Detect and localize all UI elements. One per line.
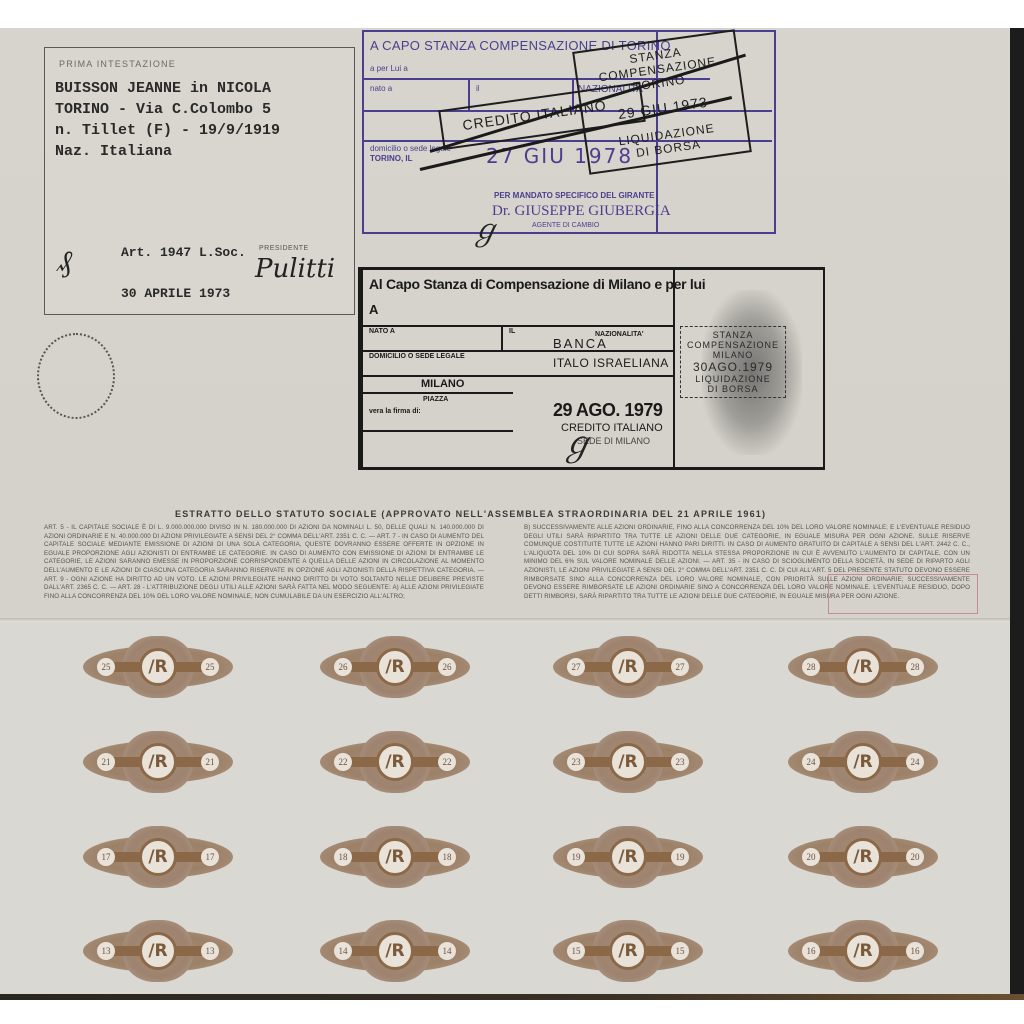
bank-line-2: ITALO ISRAELIANA <box>553 356 669 370</box>
coupon-number: 23 <box>671 753 689 771</box>
coupon-number: 17 <box>201 848 219 866</box>
torino-il-label: TORINO, IL <box>370 154 413 163</box>
coupon-number: 28 <box>906 658 924 676</box>
il-label: il <box>476 84 480 93</box>
coupon-25: 2525/R <box>83 636 233 698</box>
coupon-number: 15 <box>567 942 585 960</box>
agent-signature-icon: ℊ <box>470 205 500 249</box>
milano-clearing-title: STANZA COMPENSAZIONE <box>681 330 785 350</box>
r-emblem-icon: /R <box>844 838 882 876</box>
coupon-16: 1616/R <box>788 920 938 982</box>
bank-signature-icon: ℊ <box>560 416 594 465</box>
coupon-number: 27 <box>671 658 689 676</box>
r-emblem-icon: /R <box>139 932 177 970</box>
firma-label: vera la firma di: <box>369 408 421 415</box>
r-emblem-icon: /R <box>376 932 414 970</box>
nato-label: NATO A <box>369 328 395 335</box>
coupon-22: 2222/R <box>320 731 470 793</box>
torino-clearing-stamp: STANZA COMPENSAZIONE TORINO 29 GIU 1973 … <box>572 29 752 175</box>
mandate-label: PER MANDATO SPECIFICO DEL GIRANTE <box>494 191 654 200</box>
coupon-20: 2020/R <box>788 826 938 888</box>
coupon-number: 19 <box>567 848 585 866</box>
coupon-number: 26 <box>438 658 456 676</box>
statute-title: ESTRATTO DELLO STATUTO SOCIALE (APPROVAT… <box>175 509 766 519</box>
president-signature: Pulitti <box>255 254 335 284</box>
r-emblem-icon: /R <box>376 838 414 876</box>
coupon-number: 23 <box>567 753 585 771</box>
a-label: A <box>369 302 378 317</box>
r-emblem-icon: /R <box>609 743 647 781</box>
agent-name: Dr. GIUSEPPE GIUBERGIA <box>492 203 671 220</box>
domicilio-label: DOMICILIO O SEDE LEGALE <box>369 353 465 360</box>
coupon-18: 1818/R <box>320 826 470 888</box>
coupon-number: 13 <box>97 942 115 960</box>
coupon-number: 21 <box>97 753 115 771</box>
holder-address: TORINO - Via C.Colombo 5 <box>55 99 280 120</box>
initials-signature-icon: ₰ <box>57 244 72 279</box>
milano-form-header: Al Capo Stanza di Compensazione di Milan… <box>369 276 705 292</box>
milano-clearing-footer: LIQUIDAZIONE <box>681 374 785 384</box>
divider <box>501 325 503 351</box>
r-emblem-icon: /R <box>139 648 177 686</box>
divider <box>363 430 513 432</box>
divider <box>363 325 673 327</box>
bank-line-1: BANCA <box>553 336 608 351</box>
divider <box>363 392 513 394</box>
coupon-number: 18 <box>438 848 456 866</box>
agent-title: AGENTE DI CAMBIO <box>532 222 599 229</box>
coupon-13: 1313/R <box>83 920 233 982</box>
city-label: MILANO <box>421 378 464 390</box>
r-emblem-icon: /R <box>844 648 882 686</box>
coupon-21: 2121/R <box>83 731 233 793</box>
coupon-number: 22 <box>438 753 456 771</box>
coupon-27: 2727/R <box>553 636 703 698</box>
coupon-number: 24 <box>906 753 924 771</box>
coupon-number: 21 <box>201 753 219 771</box>
coupon-number: 20 <box>802 848 820 866</box>
r-emblem-icon: /R <box>844 743 882 781</box>
holder-birth: n. Tillet (F) - 19/9/1919 <box>55 120 280 141</box>
background-edge-bottom <box>0 994 1024 1000</box>
coupon-number: 18 <box>334 848 352 866</box>
divider <box>673 270 675 467</box>
coupon-24: 2424/R <box>788 731 938 793</box>
coupon-number: 14 <box>438 942 456 960</box>
coupon-28: 2828/R <box>788 636 938 698</box>
coupon-14: 1414/R <box>320 920 470 982</box>
statute-text-left: ART. 5 - IL CAPITALE SOCIALE È DI L. 9.0… <box>44 524 484 601</box>
registration-date: 30 APRILE 1973 <box>121 286 230 301</box>
coupon-19: 1919/R <box>553 826 703 888</box>
coupon-number: 19 <box>671 848 689 866</box>
coupon-number: 14 <box>334 942 352 960</box>
coupon-number: 25 <box>97 658 115 676</box>
coupon-number: 27 <box>567 658 585 676</box>
milano-clearing-footer-2: DI BORSA <box>681 384 785 394</box>
r-emblem-icon: /R <box>844 932 882 970</box>
r-emblem-icon: /R <box>609 648 647 686</box>
nato-label: nato a <box>370 84 392 93</box>
milano-clearing-city: MILANO <box>681 350 785 360</box>
per-lui-label: a per Lui a <box>370 64 408 73</box>
r-emblem-icon: /R <box>609 838 647 876</box>
coupon-number: 28 <box>802 658 820 676</box>
coupon-number: 24 <box>802 753 820 771</box>
red-stamp-outline <box>828 574 978 614</box>
divider <box>363 350 673 352</box>
coupon-23: 2323/R <box>553 731 703 793</box>
holder-nationality: Naz. Italiana <box>55 141 280 162</box>
r-emblem-icon: /R <box>376 648 414 686</box>
r-emblem-icon: /R <box>139 743 177 781</box>
coupon-15: 1515/R <box>553 920 703 982</box>
article-reference: Art. 1947 L.Soc. <box>121 245 246 260</box>
round-seal-stamp <box>37 333 115 419</box>
holder-name: BUISSON JEANNE in NICOLA <box>55 78 280 99</box>
r-emblem-icon: /R <box>139 838 177 876</box>
coupon-number: 16 <box>906 942 924 960</box>
presidente-label: PRESIDENTE <box>259 245 309 252</box>
coupon-number: 25 <box>201 658 219 676</box>
background-edge <box>1010 28 1024 998</box>
coupon-17: 1717/R <box>83 826 233 888</box>
coupon-26: 2626/R <box>320 636 470 698</box>
coupon-number: 13 <box>201 942 219 960</box>
coupon-number: 20 <box>906 848 924 866</box>
first-registration-label: PRIMA INTESTAZIONE <box>59 59 176 69</box>
r-emblem-icon: /R <box>609 932 647 970</box>
coupon-number: 17 <box>97 848 115 866</box>
divider <box>363 375 673 377</box>
r-emblem-icon: /R <box>376 743 414 781</box>
coupon-number: 16 <box>802 942 820 960</box>
il-label: IL <box>509 328 515 335</box>
coupon-number: 22 <box>334 753 352 771</box>
piazza-label: PIAZZA <box>423 396 448 403</box>
milano-clearing-date: 30AGO.1979 <box>681 360 785 374</box>
coupon-number: 15 <box>671 942 689 960</box>
coupon-number: 26 <box>334 658 352 676</box>
first-registration-box: PRIMA INTESTAZIONE BUISSON JEANNE in NIC… <box>44 47 355 315</box>
milano-clearing-stamp: STANZA COMPENSAZIONE MILANO 30AGO.1979 L… <box>680 326 786 398</box>
holder-details: BUISSON JEANNE in NICOLA TORINO - Via C.… <box>55 78 280 162</box>
